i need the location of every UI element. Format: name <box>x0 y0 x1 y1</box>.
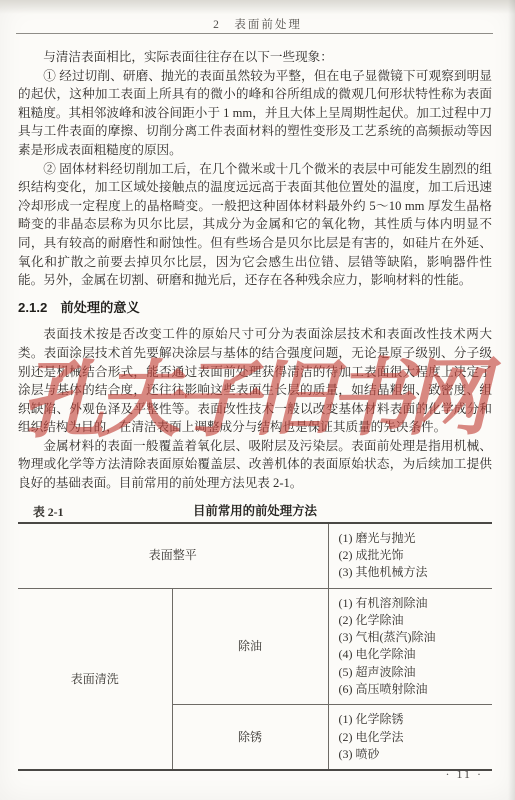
table-caption: 表 2-1 目前常用的前处理方法 <box>18 502 492 522</box>
cell-surface-cleaning: 表面清洗 <box>18 588 172 770</box>
table-item: (2) 成批光饰 <box>339 547 488 564</box>
cell-derusting-methods: (1) 化学除锈 (2) 电化学法 (3) 喷砂 <box>328 705 492 770</box>
header-rule <box>16 33 493 34</box>
cell-degreasing: 除油 <box>172 588 328 705</box>
table-item: (2) 化学除油 <box>339 612 488 629</box>
book-page: 2 表面前处理 与清洁表面相比，实际表面往往存在以下一些现象： ① 经过切削、研… <box>0 0 515 800</box>
running-header: 2 表面前处理 <box>0 16 515 32</box>
cell-derusting: 除锈 <box>172 705 328 770</box>
scan-top-shade <box>0 0 515 14</box>
scan-right-shade <box>508 0 515 800</box>
table-caption-label: 表 2-1 <box>33 503 63 522</box>
table-item: (4) 电化学除油 <box>339 646 488 663</box>
paragraph-intro: 与清洁表面相比，实际表面往往存在以下一些现象： <box>18 48 492 67</box>
paragraph-meaning-2: 金属材料的表面一般覆盖着氧化层、吸附层及污染层。表面前处理是指用机械、物理或化学… <box>18 437 492 493</box>
table-item: (3) 气相(蒸汽)除油 <box>339 629 488 646</box>
table-item: (1) 化学除锈 <box>339 711 488 728</box>
table-item: (6) 高压喷射除油 <box>339 681 488 698</box>
table-row-surface-leveling: 表面整平 (1) 磨光与抛光 (2) 成批光饰 (3) 其他机械方法 <box>18 523 492 588</box>
table-row-degreasing: 表面清洗 除油 (1) 有机溶剂除油 (2) 化学除油 (3) 气相(蒸汽)除油… <box>18 588 492 705</box>
table-item: (3) 其他机械方法 <box>339 564 488 581</box>
cell-degreasing-methods: (1) 有机溶剂除油 (2) 化学除油 (3) 气相(蒸汽)除油 (4) 电化学… <box>328 588 492 705</box>
table-item: (1) 磨光与抛光 <box>339 530 488 547</box>
page-number: · 11 · <box>445 767 483 782</box>
cell-surface-leveling: 表面整平 <box>18 523 328 588</box>
paragraph-meaning-1: 表面技术按是否改变工件的原始尺寸可分为表面涂层技术和表面改性技术两大类。表面涂层… <box>18 325 492 437</box>
section-heading: 2.1.2 前处理的意义 <box>18 299 492 318</box>
pretreatment-methods-table: 表面整平 (1) 磨光与抛光 (2) 成批光饰 (3) 其他机械方法 表面清洗 … <box>18 522 492 772</box>
page-body: 与清洁表面相比，实际表面往往存在以下一些现象： ① 经过切削、研磨、抛光的表面虽… <box>18 48 492 771</box>
table-item: (2) 电化学法 <box>339 729 488 746</box>
table-caption-title: 目前常用的前处理方法 <box>18 502 492 521</box>
paragraph-item-1: ① 经过切削、研磨、抛光的表面虽然较为平整，但在电子显微镜下可观察到明显的起伏，… <box>18 67 492 160</box>
paragraph-item-2: ② 固体材料经切削加工后，在几个微米或十几个微米的表层中可能发生剧烈的组织结构变… <box>18 160 492 290</box>
table-item: (5) 超声波除油 <box>339 664 488 681</box>
table-item: (1) 有机溶剂除油 <box>339 595 488 612</box>
table-item: (3) 喷砂 <box>339 746 488 763</box>
cell-leveling-methods: (1) 磨光与抛光 (2) 成批光饰 (3) 其他机械方法 <box>328 523 492 588</box>
